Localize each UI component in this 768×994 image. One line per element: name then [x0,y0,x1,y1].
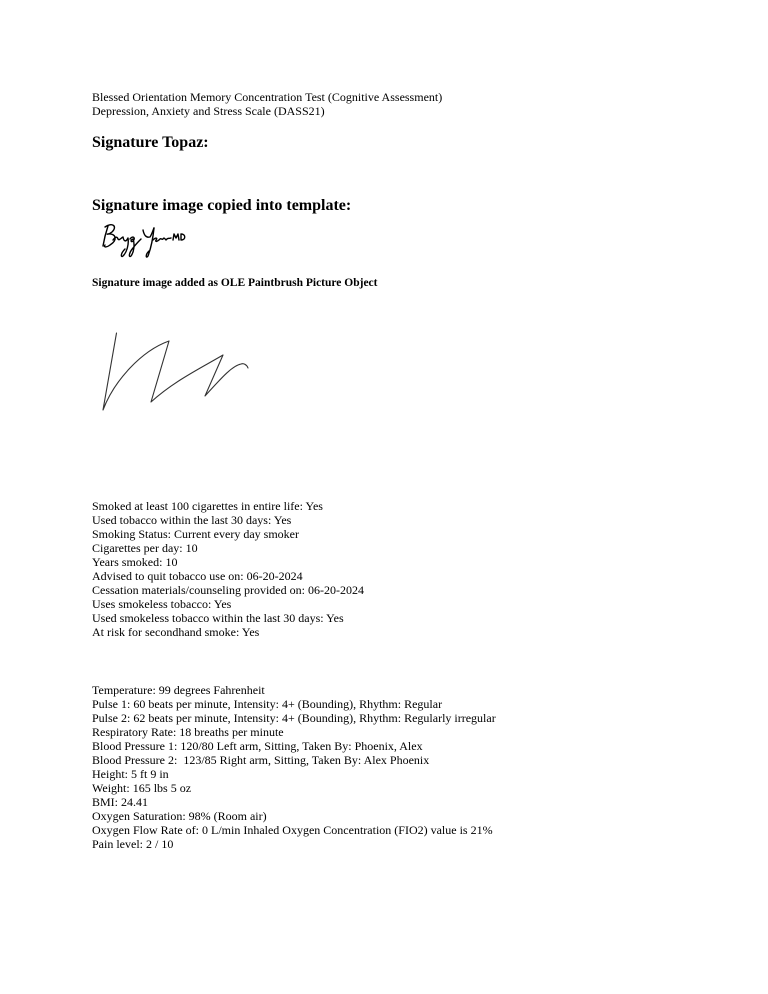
tobacco-item: Smoking Status: Current every day smoker [92,527,364,541]
tobacco-item: At risk for secondhand smoke: Yes [92,625,364,639]
vital-item: Respiratory Rate: 18 breaths per minute [92,725,496,739]
signature-image-copied [96,218,196,262]
vital-signs-list: Temperature: 99 degrees Fahrenheit Pulse… [92,683,496,851]
vital-item: Pulse 2: 62 beats per minute, Intensity:… [92,711,496,725]
tobacco-item: Smoked at least 100 cigarettes in entire… [92,499,364,513]
signature-image-ole [96,326,256,418]
signature-topaz-heading: Signature Topaz: [92,134,209,152]
tobacco-history-list: Smoked at least 100 cigarettes in entire… [92,499,364,639]
vital-item: Temperature: 99 degrees Fahrenheit [92,683,496,697]
vital-item: Blood Pressure 1: 120/80 Left arm, Sitti… [92,739,496,753]
tobacco-item: Used tobacco within the last 30 days: Ye… [92,513,364,527]
vital-item: Oxygen Flow Rate of: 0 L/min Inhaled Oxy… [92,823,496,837]
vital-item: Oxygen Saturation: 98% (Room air) [92,809,496,823]
signature-copied-heading: Signature image copied into template: [92,197,351,215]
tobacco-item: Cigarettes per day: 10 [92,541,364,555]
vital-item: Pain level: 2 / 10 [92,837,496,851]
document-page: Blessed Orientation Memory Concentration… [0,0,768,994]
assessment-item: Depression, Anxiety and Stress Scale (DA… [92,104,442,118]
assessment-item: Blessed Orientation Memory Concentration… [92,90,442,104]
vital-item: Pulse 1: 60 beats per minute, Intensity:… [92,697,496,711]
vital-item: Weight: 165 lbs 5 oz [92,781,496,795]
tobacco-item: Uses smokeless tobacco: Yes [92,597,364,611]
vital-item: BMI: 24.41 [92,795,496,809]
signature-ole-heading: Signature image added as OLE Paintbrush … [92,276,378,290]
tobacco-item: Cessation materials/counseling provided … [92,583,364,597]
tobacco-item: Years smoked: 10 [92,555,364,569]
tobacco-item: Advised to quit tobacco use on: 06-20-20… [92,569,364,583]
assessment-list: Blessed Orientation Memory Concentration… [92,90,442,118]
tobacco-item: Used smokeless tobacco within the last 3… [92,611,364,625]
vital-item: Height: 5 ft 9 in [92,767,496,781]
vital-item: Blood Pressure 2: 123/85 Right arm, Sitt… [92,753,496,767]
